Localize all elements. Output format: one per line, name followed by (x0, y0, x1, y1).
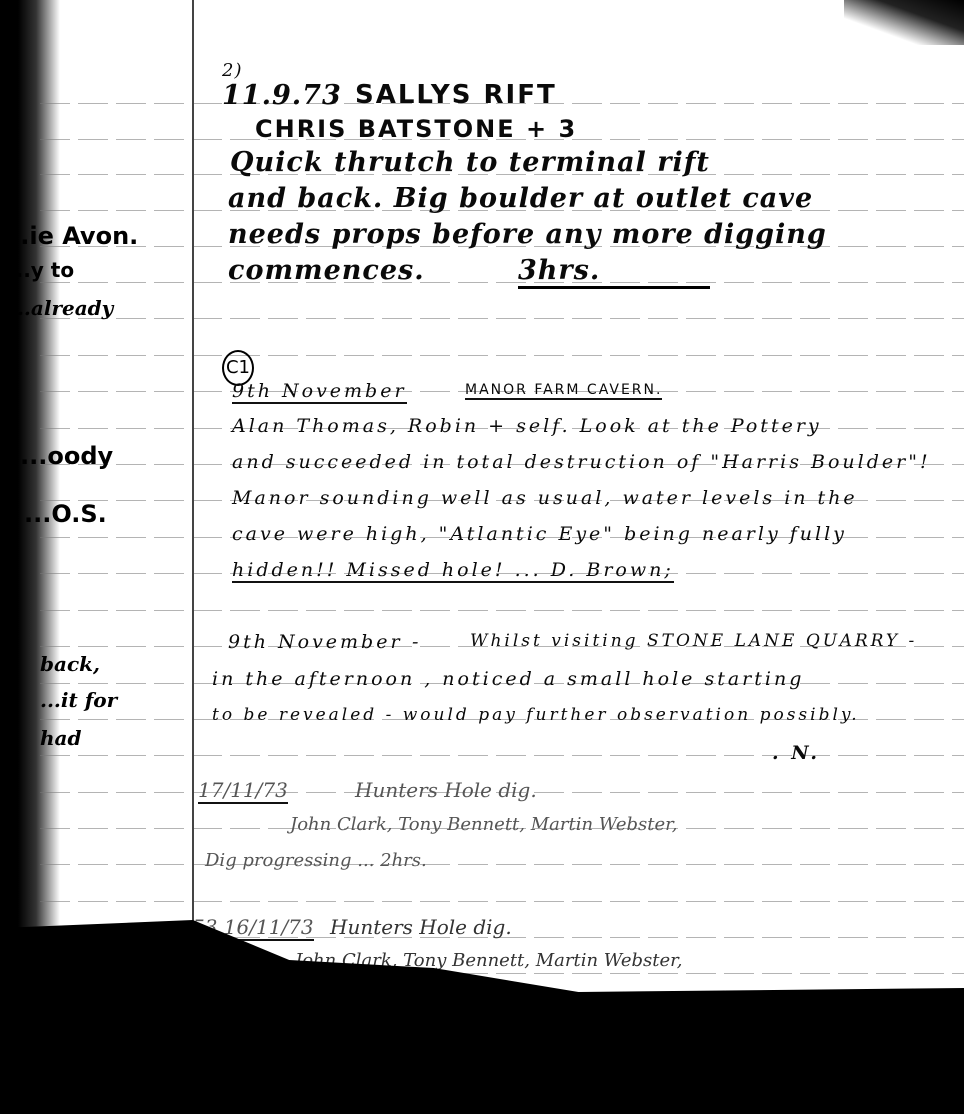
page-mark: 2) (222, 60, 242, 81)
entry-title: Hunters Hole dig. (330, 915, 512, 939)
logbook-page: ...ie Avon. ...y to ...already ...oody .… (0, 0, 964, 1000)
entry-signature: . N. (772, 742, 820, 764)
ruled-line (40, 318, 964, 319)
entry-line: to be revealed - would pay further obser… (212, 705, 860, 725)
margin-fragment: ...ie Avon. (2, 222, 138, 250)
entry-line: Dig progressing ... 2hrs. (205, 850, 427, 871)
entry-line: John Clark, Tony Bennett, Martin Webster… (290, 814, 677, 835)
entry-duration: 3hrs. (518, 255, 710, 289)
entry-date: 9th November (232, 380, 407, 404)
entry-line: Quick thrutch to terminal rift (230, 147, 710, 178)
entry-line: in the afternoon , noticed a small hole … (212, 668, 804, 690)
ruled-line (40, 355, 964, 356)
entry-date: 9th November (228, 631, 403, 653)
scan-corner-shadow (844, 0, 964, 45)
margin-fragment: ...it for (40, 688, 117, 712)
ruled-line (40, 282, 964, 283)
entry-line: and back. Big boulder at outlet cave (228, 183, 813, 214)
margin-fragment: ...oody (20, 442, 113, 470)
entry-line: Alan Thomas, Robin + self. Look at the P… (232, 415, 822, 437)
entry-party: CHRIS BATSTONE + 3 (255, 115, 577, 143)
entry-date: 11.9.73 (222, 80, 342, 111)
ruled-line (40, 755, 964, 756)
entry-date: 17/11/73 (198, 778, 288, 804)
entry-title: Hunters Hole dig. (355, 778, 537, 802)
entry-line: and succeeded in total destruction of "H… (232, 451, 931, 473)
margin-fragment: ...O.S. (24, 500, 107, 528)
entry-location: MANOR FARM CAVERN. (465, 382, 662, 400)
margin-fragment: had (40, 726, 81, 750)
entry-line: Manor sounding well as usual, water leve… (232, 487, 858, 509)
ruled-line (40, 901, 964, 902)
entry-line: cave were high, "Atlantic Eye" being nea… (232, 523, 847, 545)
entry-line: Whilst visiting STONE LANE QUARRY - (470, 631, 917, 651)
margin-fragment: ...already (10, 296, 113, 320)
entry-line: hidden!! Missed hole! ... D. Brown; (232, 559, 674, 583)
ruled-line (40, 864, 964, 865)
ruled-line (40, 610, 964, 611)
entry-line: commences. (228, 255, 425, 286)
margin-line (192, 0, 194, 1000)
entry-line: needs props before any more digging (228, 219, 827, 250)
margin-fragment: back, (40, 652, 100, 676)
margin-fragment: ...y to (8, 258, 74, 282)
entry-location: SALLYS RIFT (355, 80, 557, 110)
entry-dash: - (412, 631, 421, 653)
